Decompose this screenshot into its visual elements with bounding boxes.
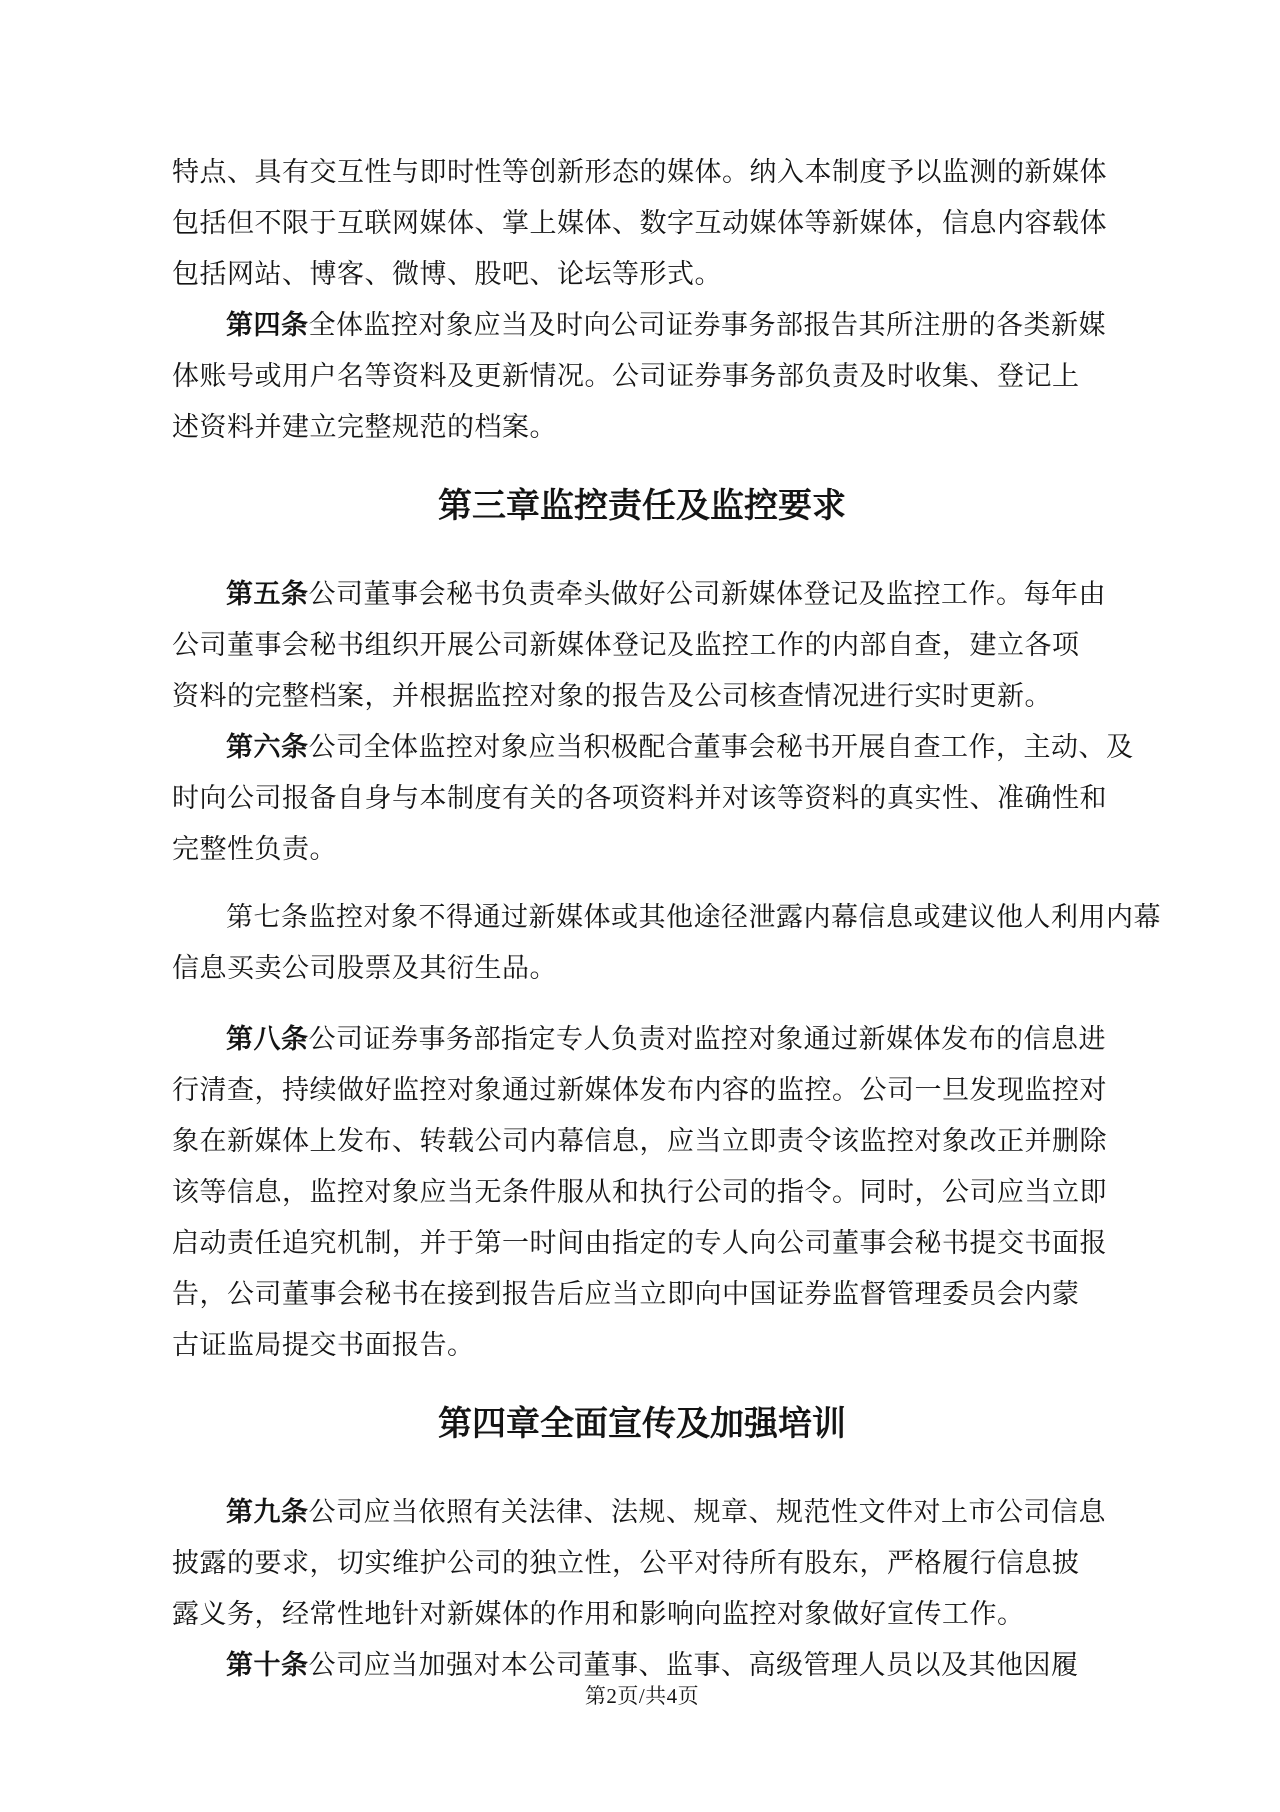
article-9-number: 第九条: [226, 1497, 309, 1527]
chapter-4-heading: 第四章全面宣传及加强培训: [172, 1397, 1112, 1451]
document-body: 特点、具有交互性与即时性等创新形态的媒体。纳入本制度予以监测的新媒体 包括但不限…: [172, 147, 1112, 1691]
article-10-number: 第十条: [226, 1650, 309, 1680]
article-4-line: 第四条全体监控对象应当及时向公司证券事务部报告其所注册的各类新媒: [172, 300, 1112, 351]
text-line: 体账号或用户名等资料及更新情况。公司证券事务部负责及时收集、登记上: [172, 351, 1112, 402]
text-line: 述资料并建立完整规范的档案。: [172, 402, 1112, 453]
text-line: 启动责任追究机制，并于第一时间由指定的专人向公司董事会秘书提交书面报: [172, 1218, 1112, 1269]
document-page: 特点、具有交互性与即时性等创新形态的媒体。纳入本制度予以监测的新媒体 包括但不限…: [0, 0, 1280, 1812]
article-7-line: 第七条监控对象不得通过新媒体或其他途径泄露内幕信息或建议他人利用内幕: [172, 892, 1112, 943]
text-line: 资料的完整档案，并根据监控对象的报告及公司核查情况进行实时更新。: [172, 671, 1112, 722]
text-line: 露义务，经常性地针对新媒体的作用和影响向监控对象做好宣传工作。: [172, 1589, 1112, 1640]
text-line: 告，公司董事会秘书在接到报告后应当立即向中国证券监督管理委员会内蒙: [172, 1269, 1112, 1320]
text-line: 该等信息，监控对象应当无条件服从和执行公司的指令。同时，公司应当立即: [172, 1167, 1112, 1218]
article-4-number: 第四条: [226, 310, 309, 340]
text-line: 古证监局提交书面报告。: [172, 1320, 1112, 1371]
article-6-number: 第六条: [226, 732, 309, 762]
article-5-line: 第五条公司董事会秘书负责牵头做好公司新媒体登记及监控工作。每年由: [172, 569, 1112, 620]
article-9-line: 第九条公司应当依照有关法律、法规、规章、规范性文件对上市公司信息: [172, 1487, 1112, 1538]
text-line: 包括网站、博客、微博、股吧、论坛等形式。: [172, 249, 1112, 300]
article-6-line: 第六条公司全体监控对象应当积极配合董事会秘书开展自查工作，主动、及: [172, 722, 1112, 773]
text-line: 披露的要求，切实维护公司的独立性，公平对待所有股东，严格履行信息披: [172, 1538, 1112, 1589]
article-5-number: 第五条: [226, 579, 309, 609]
text-line: 完整性负责。: [172, 824, 1112, 875]
text-line: 包括但不限于互联网媒体、掌上媒体、数字互动媒体等新媒体，信息内容载体: [172, 198, 1112, 249]
text-line: 行清查，持续做好监控对象通过新媒体发布内容的监控。公司一旦发现监控对: [172, 1065, 1112, 1116]
article-8-number: 第八条: [226, 1024, 309, 1054]
text-line: 象在新媒体上发布、转载公司内幕信息，应当立即责令该监控对象改正并删除: [172, 1116, 1112, 1167]
text-line: 时向公司报备自身与本制度有关的各项资料并对该等资料的真实性、准确性和: [172, 773, 1112, 824]
text-line: 特点、具有交互性与即时性等创新形态的媒体。纳入本制度予以监测的新媒体: [172, 147, 1112, 198]
text-line: 公司董事会秘书组织开展公司新媒体登记及监控工作的内部自查，建立各项: [172, 620, 1112, 671]
text-line: 信息买卖公司股票及其衍生品。: [172, 943, 1112, 994]
chapter-3-heading: 第三章监控责任及监控要求: [172, 479, 1112, 533]
article-8-line: 第八条公司证券事务部指定专人负责对监控对象通过新媒体发布的信息进: [172, 1014, 1112, 1065]
page-number: 第2页/共4页: [172, 1684, 1112, 1708]
